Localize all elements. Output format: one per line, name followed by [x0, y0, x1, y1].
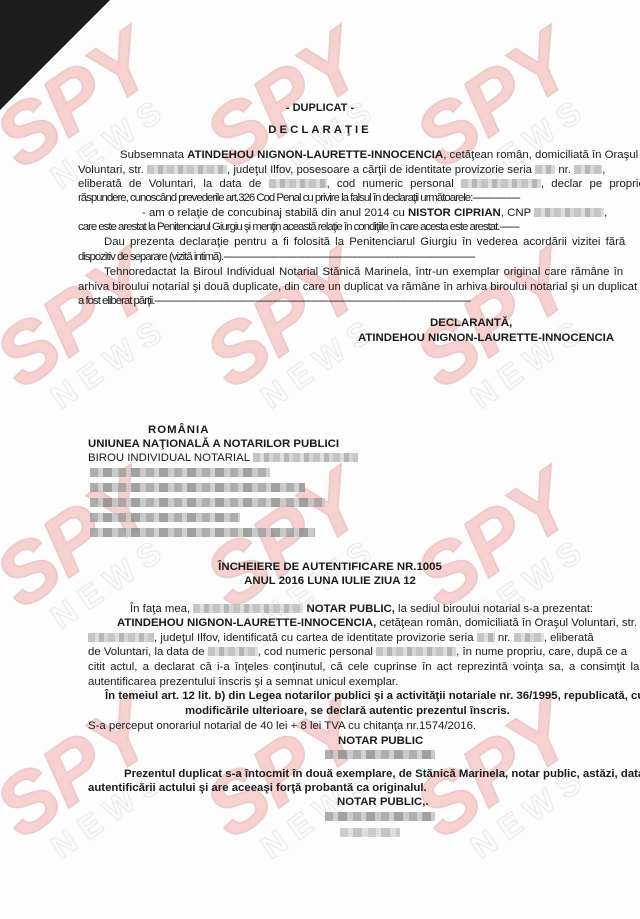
text: , judeţul Ilfov, posesoare a cărţii de i…: [227, 164, 532, 176]
decl-line-8: dispozitiv de separare (vizită intimă).-…: [78, 250, 475, 264]
redacted-notary-signature: [325, 750, 435, 759]
text: nr.: [558, 164, 571, 176]
decl-line-11: a fost eliberat părţii.-----------------…: [78, 294, 470, 308]
redacted-cnp: [376, 647, 456, 656]
decl-line-1: Subsemnata ATINDEHOU NIGNON-LAURETTE-INN…: [78, 148, 606, 162]
redacted-street: [88, 633, 154, 642]
notary-fee: S-a perceput onorariul notarial de 40 le…: [88, 719, 476, 733]
redacted-notary-name: [193, 604, 303, 613]
text: , declar pe proprie: [541, 178, 640, 190]
redacted-partner-cnp: [534, 208, 604, 217]
notary-union-label: UNIUNEA NAŢIONALĂ A NOTARILOR PUBLICI: [88, 437, 339, 451]
text: nr.: [498, 632, 511, 644]
text: BIROU INDIVIDUAL NOTARIAL: [88, 452, 250, 464]
declarant-name: ATINDEHOU NIGNON-LAURETTE-INNOCENCIA: [187, 149, 443, 161]
redacted-office-name: [253, 453, 358, 462]
redacted-address-line: [90, 528, 315, 537]
decl-relationship-line: - am o relaţie de concubinaj stabilă din…: [142, 206, 607, 220]
decl-line-4: răspundere, cunoscând prevederile art.32…: [78, 191, 520, 205]
declarant-name: ATINDEHOU NIGNON-LAURETTE-INNOCENCIA,: [117, 617, 376, 629]
text: , eliberată: [544, 632, 594, 644]
text: , cod numeric personal: [258, 646, 373, 658]
declarant-sign-label: DECLARANTĂ,: [430, 316, 512, 330]
text: de Voluntari, la data de: [88, 646, 205, 658]
notary-office-label: BIROU INDIVIDUAL NOTARIAL: [88, 451, 358, 465]
auth-title: ÎNCHEIERE DE AUTENTIFICARE NR.1005: [10, 560, 640, 574]
decl-line-10: arhiva biroului notarial şi două duplica…: [78, 280, 637, 294]
redacted-number: [514, 633, 544, 642]
decl-line-6: care este arestat la Penitenciarul Giurg…: [78, 220, 519, 234]
text: eliberată de Voluntari, la data de: [78, 178, 261, 190]
auth-line-2: ATINDEHOU NIGNON-LAURETTE-INNOCENCIA, ce…: [117, 616, 637, 630]
decl-line-3: eliberată de Voluntari, la data de , cod…: [78, 177, 640, 191]
redacted-date: [208, 647, 258, 656]
text: , cetăţean român, domiciliată în Oraşul: [443, 149, 638, 161]
duplicate-note-1: Prezentul duplicat s-a întocmit în două …: [124, 767, 640, 781]
redacted-series: [477, 633, 495, 642]
text: În faţa mea,: [130, 603, 190, 615]
auth-legal-basis-1: În temeiul art. 12 lit. b) din Legea not…: [105, 689, 640, 703]
notary-public-label: NOTAR PUBLIC: [338, 734, 423, 748]
document-title: DECLARAŢIE: [0, 123, 640, 137]
decl-line-9: Tehnoredactat la Biroul Individual Notar…: [104, 265, 623, 279]
declarant-sign-name: ATINDEHOU NIGNON-LAURETTE-INNOCENCIA: [358, 331, 614, 345]
text: cetăţean român, domiciliată în Oraşul Vo…: [376, 617, 637, 629]
decl-line-2: Voluntari, str. , judeţul Ilfov, posesoa…: [78, 163, 605, 177]
decl-line-7: Dau prezenta declaraţie pentru a fi folo…: [104, 235, 625, 249]
redacted-address-line: [90, 468, 270, 477]
auth-line-6: autentificarea prezentului înscris şi a …: [88, 675, 398, 689]
text: , în nume propriu, care, după ce a: [456, 646, 627, 658]
auth-line-3: , judeţul Ilfov, identificată cu cartea …: [88, 631, 594, 645]
text: la sediul biroului notarial s-a prezenta…: [395, 603, 593, 615]
text: , cod numeric personal: [327, 178, 454, 190]
title-text: DECLARAŢIE: [268, 124, 371, 136]
text: - am o relaţie de concubinaj stabilă din…: [142, 207, 408, 219]
partner-name: NISTOR CIPRIAN: [408, 207, 501, 219]
auth-line-1: În faţa mea, NOTAR PUBLIC, la sediul bir…: [130, 602, 593, 616]
auth-line-5: citit actul, a declarat că i-a înţeles c…: [88, 660, 639, 674]
country-label: ROMÂNIA: [148, 423, 209, 437]
duplicate-note-2: autentificării actului şi are aceeaşi fo…: [88, 781, 427, 795]
auth-line-4: de Voluntari, la data de , cod numeric p…: [88, 645, 627, 659]
text: Voluntari, str.: [78, 164, 144, 176]
document-page: - DUPLICAT - DECLARAŢIE Subsemnata ATIND…: [0, 0, 640, 919]
redacted-number: [574, 165, 602, 174]
notary-title: NOTAR PUBLIC,: [307, 603, 395, 615]
redacted-stamp: [340, 828, 400, 837]
auth-legal-basis-2: modificările ulterioare, se declară aute…: [185, 704, 510, 718]
text: Subsemnata: [78, 149, 187, 161]
redacted-date: [269, 179, 327, 188]
redacted-address-line: [90, 498, 325, 507]
notary-public-label-2: NOTAR PUBLIC,.: [337, 795, 429, 809]
redacted-series: [535, 165, 555, 174]
auth-date: ANUL 2016 LUNA IULIE ZIUA 12: [10, 574, 640, 588]
redacted-address-line: [90, 513, 240, 522]
redacted-address-line: [90, 483, 305, 492]
redacted-street: [147, 165, 227, 174]
text: , CNP: [501, 207, 531, 219]
redacted-cnp: [461, 179, 541, 188]
duplicate-label: - DUPLICAT -: [0, 101, 640, 115]
text: , judeţul Ilfov, identificată cu cartea …: [154, 632, 474, 644]
redacted-notary-signature: [325, 812, 435, 821]
